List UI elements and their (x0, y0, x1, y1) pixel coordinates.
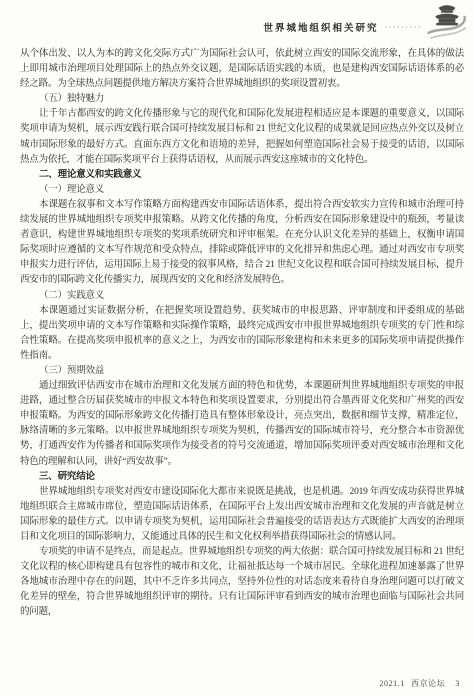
paragraph-continuation: 从个体出发、以人为本的跨文化交际方式广为国际社会认可，依此树立西安的国际交流形象… (20, 47, 464, 92)
running-head-title: 世界城地组织相关研究 (264, 20, 379, 34)
subheading-unique-charm: （五）独特魅力 (20, 92, 464, 107)
page-number: 3 (455, 679, 460, 688)
section-heading-conclusions: 三、研究结论 (20, 470, 464, 485)
document-page: 世界城地组织相关研究 ········· 从个体出发、以人为本的跨文化交际方式广… (0, 0, 473, 696)
subheading-expected-benefits: （三）预期效益 (20, 364, 464, 379)
paragraph: 专项奖的申请不是终点，而是起点。世界城地组织专项奖的两大依据：联合国可持续发展目… (20, 545, 464, 620)
issue-label: 2021.1 (379, 679, 405, 688)
journal-name: 西京论坛 (411, 679, 445, 688)
page-footer: 2021.1西京论坛3 (379, 678, 460, 689)
page-header: 世界城地组织相关研究 ········· (0, 0, 473, 46)
section-heading-theory-practice: 二、理论意义和实践意义 (20, 168, 464, 183)
xian-gate-tower-logo (426, 1, 468, 43)
paragraph: 让千年古都西安的跨文化传播形象与它的现代化和国际化发展进程相适应是本课题的重要意… (20, 107, 464, 167)
page-body: 从个体出发、以人为本的跨文化交际方式广为国际社会认可，依此树立西安的国际交流形象… (0, 46, 473, 668)
paragraph: 本课题通过实证数据分析，在把握奖项设置趋势、获奖城市的申报思路、评审制度和评委组… (20, 304, 464, 364)
paragraph: 世界城地组织专项奖对西安市建设国际化大都市来说既是挑战，也是机遇。2019 年西… (20, 485, 464, 545)
paragraph: 本课题在叙事和文本写作策略方面构建西安市国际话语体系，提出符合西安软实力宣传和城… (20, 198, 464, 289)
paragraph: 通过细致评估西安市在城市治理和文化发展方面的特色和优势，本课题研判世界城地组织专… (20, 379, 464, 470)
subheading-practical-significance: （二）实践意义 (20, 289, 464, 304)
subheading-theoretical-significance: （一）理论意义 (20, 183, 464, 198)
leader-dots: ········· (385, 23, 422, 32)
